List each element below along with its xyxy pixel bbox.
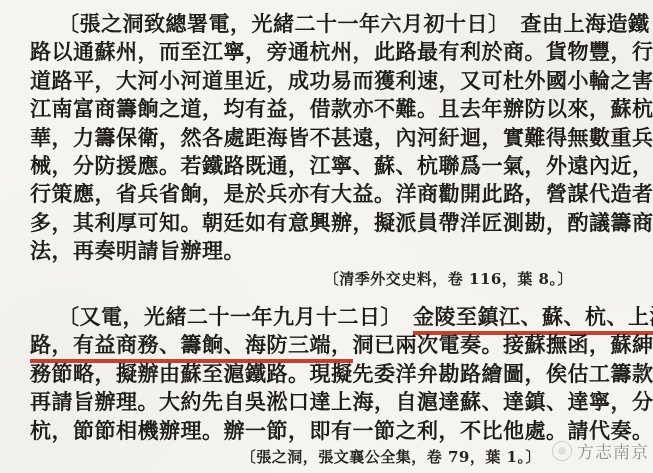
- watermark-label: 方志南京: [577, 438, 649, 463]
- text-line: 道路平，大河小河道里近，成功易而獲利速，又可杜外國小輪之害，於: [30, 67, 648, 95]
- text-line: 法，再奏明請旨辦理。: [30, 237, 648, 265]
- red-underlined-text: 路，有益商務、籌餉、海防三端，: [30, 332, 353, 363]
- watermark: 方志南京: [552, 438, 649, 463]
- text-line: 械，分防援應。若鐵路既通，江寧、蘇、杭聯爲一氣，外遠內近，可以隨: [30, 152, 648, 180]
- source-citation-2: 〔張之洞，張文襄公全集，卷 79，葉 1。〕: [241, 446, 541, 467]
- watermark-seal-icon: [552, 441, 572, 461]
- text-segment: 洞已兩次電奏。接蘇撫函，蘇紳籌商: [353, 332, 653, 357]
- text-line: 務節略，擬辦由蘇至滬鐵路。現擬先委洋弁勘路繪圖，俟估工籌款後，: [30, 360, 648, 388]
- scanned-document-page: 〔張之洞致總署電，光緒二十一年六月初十日〕 查由上海造鐵 路以通蘇州，而至江寧，…: [0, 0, 653, 473]
- text-line: 江南富商籌餉之道，均有益，借款亦不難。且去年辦防以來，蘇杭精: [30, 95, 648, 123]
- text-line: 路以通蘇州，而至江寧，旁通杭州，此路最有利於商。貨物豐，行旅多，: [30, 38, 648, 66]
- text-line: 〔張之洞致總署電，光緒二十一年六月初十日〕 查由上海造鐵: [30, 10, 648, 38]
- text-line: 多，其利厚可知。朝廷如有意興辦，擬派員帶洋匠測勘，酌議籌商辦: [30, 209, 648, 237]
- text-line: 〔又電，光緒二十一年九月十二日〕 金陵至鎮江、蘇、杭、上海鐵: [30, 303, 648, 331]
- telegram-2-header: 〔又電，光緒二十一年九月十二日〕: [58, 304, 413, 329]
- text-line: 華，力籌保衛，然各處距海皆不甚遠，內河紆迴，實難得無數重兵、軍: [30, 124, 648, 152]
- source-citation-1: 〔清季外交史料，卷 116，葉 8。〕: [324, 268, 573, 289]
- text-line: 行策應，省兵省餉，是於兵亦有大益。洋商勸開此路，營謀代造者甚: [30, 180, 648, 208]
- text-line: 路，有益商務、籌餉、海防三端，洞已兩次電奏。接蘇撫函，蘇紳籌商: [30, 331, 648, 359]
- text-line: 再請旨辦理。大約先自吳淞口達上海，自滬達蘇、達鎮、達寧，分枝達: [30, 388, 648, 416]
- paragraph-telegram-2: 〔又電，光緒二十一年九月十二日〕 金陵至鎮江、蘇、杭、上海鐵 路，有益商務、籌餉…: [30, 303, 648, 445]
- red-underlined-text: 金陵至鎮江、蘇、杭、上海鐵: [413, 304, 653, 335]
- paragraph-telegram-1: 〔張之洞致總署電，光緒二十一年六月初十日〕 查由上海造鐵 路以通蘇州，而至江寧，…: [30, 10, 648, 266]
